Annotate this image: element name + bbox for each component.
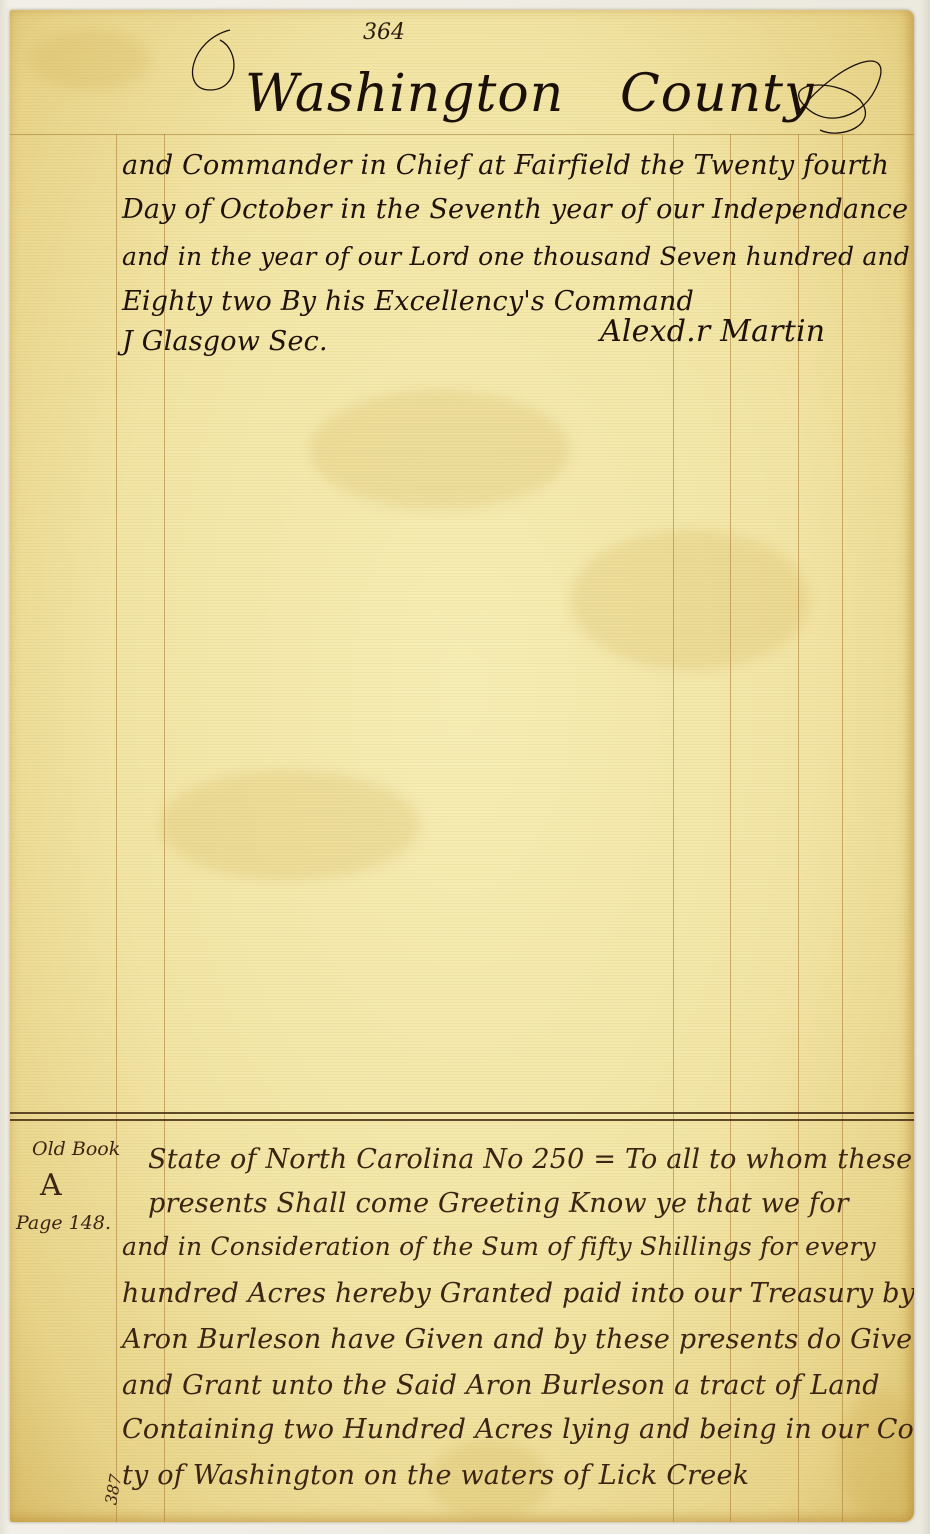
entry-line: and in the year of our Lord one thousand… [122, 242, 910, 271]
grant-line: presents Shall come Greeting Know ye tha… [148, 1188, 849, 1219]
paper-stain [840, 1390, 914, 1520]
entry-line: Eighty two By his Excellency's Command [122, 286, 694, 317]
header-rule [10, 134, 914, 135]
margin-note-old-book: Old Book [32, 1138, 120, 1160]
grant-line: Containing two Hundred Acres lying and b… [122, 1414, 914, 1445]
entry-line: and Commander in Chief at Fairfield the … [122, 150, 889, 181]
paper-stain [30, 30, 150, 90]
header-county-name: Washington [245, 64, 564, 124]
grant-line: ty of Washington on the waters of Lick C… [122, 1460, 749, 1491]
paper-stain [310, 390, 570, 510]
ledger-page: 364 Washington County and Commander in C… [10, 10, 914, 1522]
header-right-word: County [620, 64, 814, 124]
entry-line: Day of October in the Seventh year of ou… [122, 194, 908, 225]
grant-line: hundred Acres hereby Granted paid into o… [122, 1278, 914, 1309]
paper-stain [570, 530, 810, 670]
page-number: 364 [363, 20, 405, 45]
folio-number: 387 [101, 1473, 125, 1506]
secretary-attestation: J Glasgow Sec. [122, 326, 328, 357]
paper-stain [160, 770, 420, 880]
margin-note-book-letter: A [40, 1168, 62, 1203]
governor-signature: Alexd.r Martin [600, 314, 825, 349]
grant-line: Aron Burleson have Given and by these pr… [122, 1324, 912, 1355]
entry-divider-bottom [10, 1119, 914, 1121]
grant-line: and in Consideration of the Sum of fifty… [122, 1232, 876, 1261]
grant-line: and Grant unto the Said Aron Burleson a … [122, 1370, 880, 1401]
ledger-rule-vertical [116, 134, 117, 1522]
entry-divider-top [10, 1112, 914, 1114]
header-left-word: Washington [245, 64, 564, 124]
header-county-label: County [620, 64, 814, 124]
ledger-rule-vertical [842, 134, 843, 1522]
grant-line: State of North Carolina No 250 = To all … [148, 1144, 912, 1175]
margin-note-page: Page 148. [16, 1212, 111, 1234]
